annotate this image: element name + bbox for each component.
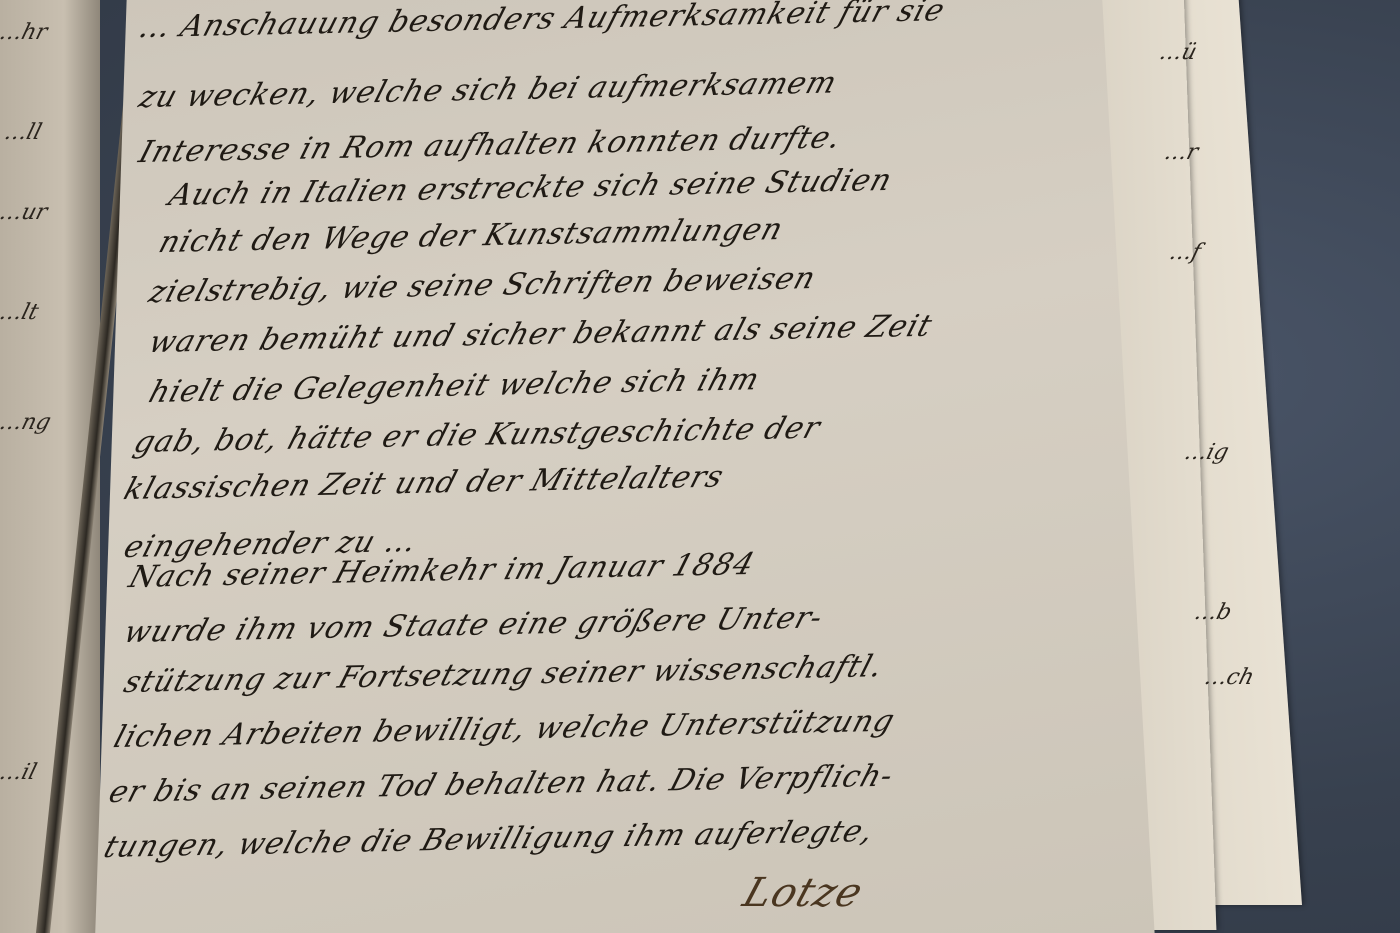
left-margin-fragment: …ng xyxy=(0,410,54,435)
left-margin-fragment: …lt xyxy=(0,300,41,325)
right-margin-fragment: …r xyxy=(1162,140,1201,165)
signature: Lotze xyxy=(738,870,869,916)
left-margin-fragment: …il xyxy=(0,760,39,785)
left-margin-fragment: …ll xyxy=(2,120,45,145)
right-margin-fragment: …b xyxy=(1192,600,1235,625)
left-margin-fragment: …hr xyxy=(0,20,50,45)
left-margin-fragment: …ur xyxy=(0,200,50,225)
right-margin-fragment: …ch xyxy=(1202,665,1257,690)
right-margin-fragment: …ig xyxy=(1182,440,1232,465)
right-margin-fragment: …ü xyxy=(1157,40,1200,65)
